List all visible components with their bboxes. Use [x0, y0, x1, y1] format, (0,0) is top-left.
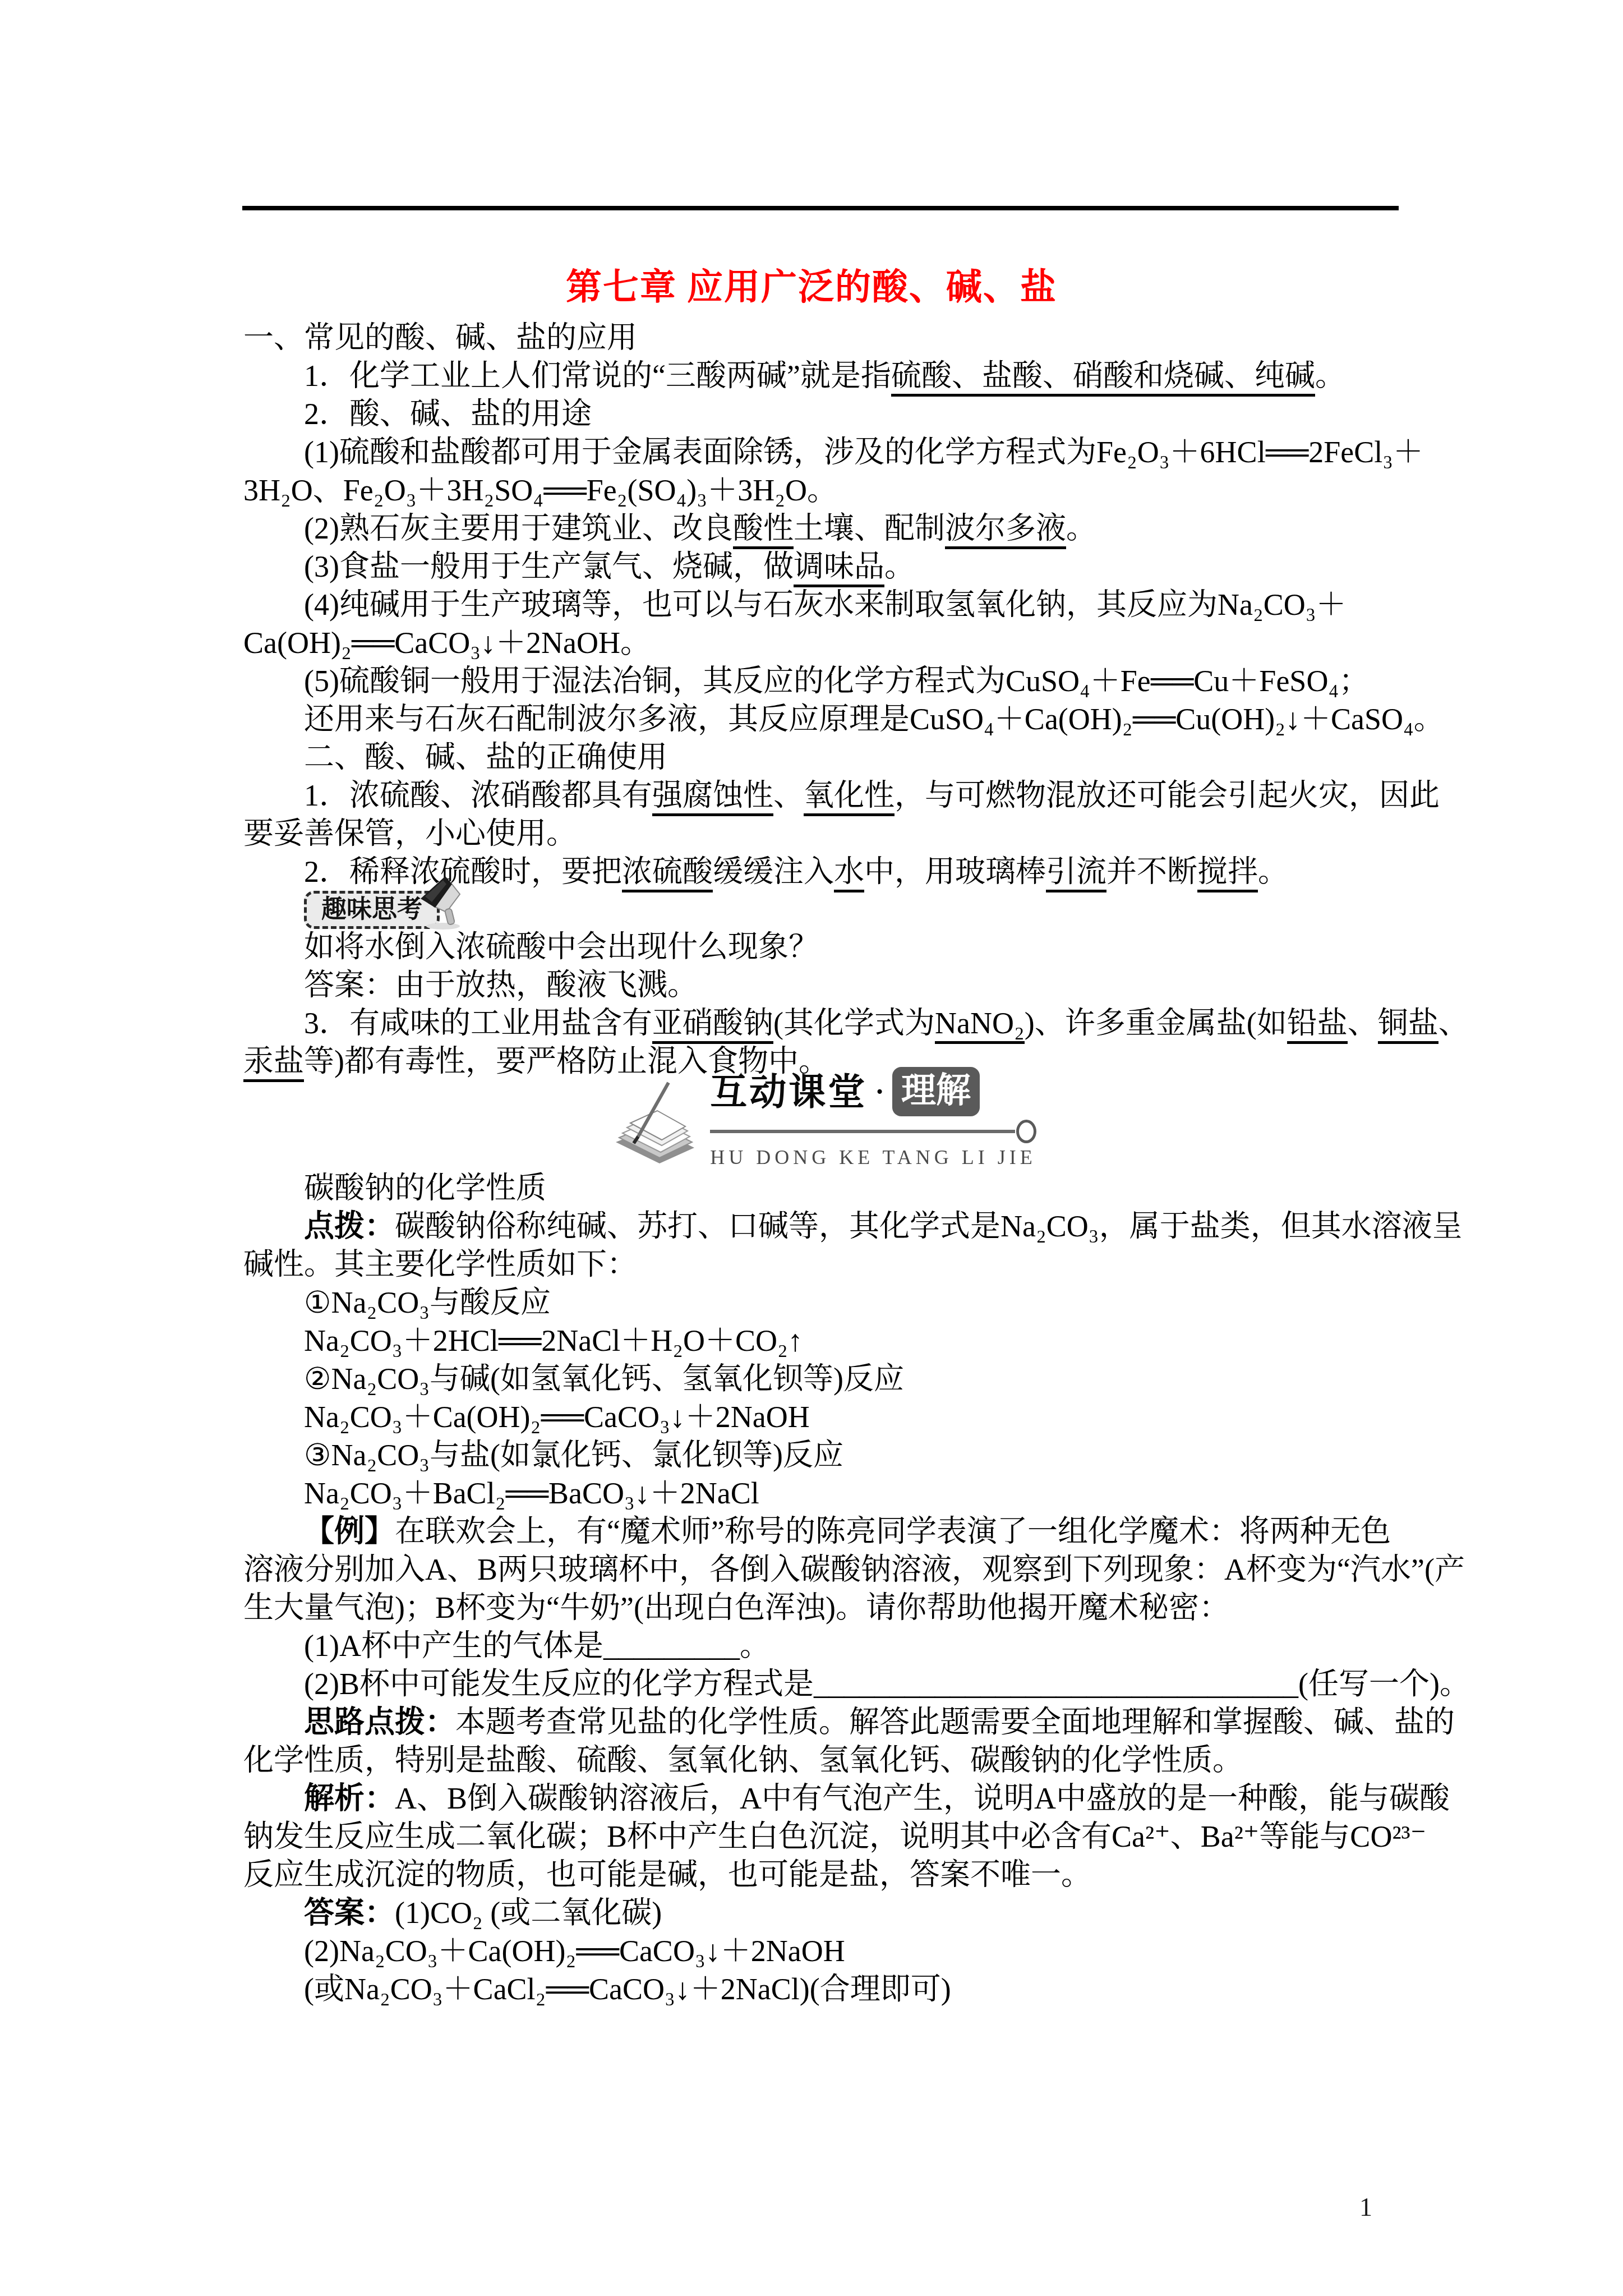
text-line: 【例】在联欢会上，有“魔术师”称号的陈亮同学表演了一组化学魔术：将两种无色	[243, 1512, 1399, 1550]
text-line: ②Na₂CO₃与碱(如氢氧化钙、氢氧化钡等)反应	[243, 1360, 1399, 1398]
text-segment: (其化学式为	[773, 1006, 935, 1040]
text-line: (2)熟石灰主要用于建筑业、改良酸性土壤、配制波尔多液。	[243, 509, 1399, 547]
logo-text-column: 互动课堂 · 理解 HU DONG KE TANG LI JIE	[710, 1067, 1036, 1169]
text-line: 1．化学工业上人们常说的“三酸两碱”就是指硫酸、盐酸、硝酸和烧碱、纯碱。	[243, 357, 1399, 395]
text-line: 反应生成沉淀的物质，也可能是碱，也可能是盐，答案不唯一。	[243, 1856, 1399, 1894]
text-segment: Na₂CO₃＋Ca(OH)₂══CaCO₃↓＋2NaOH	[304, 1400, 810, 1434]
text-segment: (2)熟石灰主要用于建筑业、改良	[304, 512, 733, 545]
text-segment: A、B倒入碳酸钠溶液后，A中有气泡产生，说明A中盛放的是一种酸，能与碳酸	[395, 1782, 1450, 1815]
underlined-text: 氧化性	[804, 779, 895, 816]
text-segment: 碳酸钠俗称纯碱、苏打、口碱等，其化学式是Na₂CO₃，属于盐类，但其水溶液呈	[395, 1209, 1463, 1243]
text-line: Na₂CO₃＋Ca(OH)₂══CaCO₃↓＋2NaOH	[243, 1398, 1399, 1436]
text-segment: 【例】	[304, 1515, 395, 1548]
text-segment: (3)食盐一般用于生产氯气、烧碱，做	[304, 550, 794, 583]
text-line: 还用来与石灰石配制波尔多液，其反应原理是CuSO₄＋Ca(OH)₂══Cu(OH…	[243, 700, 1399, 738]
text-segment: 中，用玻璃棒	[864, 855, 1046, 889]
text-segment: 3H₂O、Fe₂O₃＋3H₂SO₄══Fe₂(SO₄)₃＋3H₂O。	[243, 473, 837, 507]
text-segment: 2．酸、碱、盐的用途	[304, 397, 592, 431]
text-block-3: 碳酸钠的化学性质点拨：碳酸钠俗称纯碱、苏打、口碱等，其化学式是Na₂CO₃，属于…	[243, 1169, 1399, 2008]
text-segment: 本题考查常见盐的化学性质。解答此题需要全面地理解和掌握酸、碱、盐的	[455, 1705, 1455, 1739]
underlined-text: 酸性	[733, 512, 794, 549]
text-segment: 、	[1438, 1006, 1469, 1040]
text-segment: 要妥善保管，小心使用。	[243, 817, 577, 850]
text-segment: Na₂CO₃＋2HCl══2NaCl＋H₂O＋CO₂↑	[304, 1324, 803, 1358]
logo-rule-line	[710, 1130, 1015, 1133]
text-segment: 还用来与石灰石配制波尔多液，其反应原理是CuSO₄＋Ca(OH)₂══Cu(OH…	[304, 702, 1444, 736]
text-segment: 。	[1315, 359, 1345, 393]
text-line: 答案：(1)CO₂ (或二氧化碳)	[243, 1894, 1399, 1932]
text-line: 答案：由于放热，酸液飞溅。	[243, 966, 1399, 1004]
text-line: 碱性。其主要化学性质如下：	[243, 1245, 1399, 1283]
text-line: (2)B杯中可能发生反应的化学方程式是_____________________…	[243, 1665, 1399, 1703]
text-segment: 。	[1258, 855, 1288, 889]
text-segment: 土壤、配制	[794, 512, 945, 545]
text-segment: 生大量气泡)；B杯变为“牛奶”(出现白色浑浊)。请你帮助他揭开魔术秘密：	[243, 1591, 1229, 1625]
text-segment: 答案：	[304, 1896, 395, 1930]
text-line: ①Na₂CO₃与酸反应	[243, 1283, 1399, 1322]
underlined-text: 波尔多液	[945, 512, 1066, 549]
text-segment: (1)CO₂ (或二氧化碳)	[395, 1896, 662, 1930]
text-segment: 碱性。其主要化学性质如下：	[243, 1248, 637, 1281]
text-segment: 并不断	[1106, 855, 1197, 889]
logo-wrap: 互动课堂 · 理解 HU DONG KE TANG LI JIE	[606, 1067, 1036, 1169]
underlined-text: 调味品	[794, 550, 884, 587]
text-line: 生大量气泡)；B杯变为“牛奶”(出现白色浑浊)。请你帮助他揭开魔术秘密：	[243, 1589, 1399, 1627]
underlined-text: 铜盐	[1378, 1006, 1438, 1044]
underlined-text: 铅盐	[1287, 1006, 1348, 1044]
text-segment: )、许多重金属盐(如	[1025, 1006, 1287, 1040]
book-pen-icon	[606, 1082, 707, 1177]
text-line: (2)Na₂CO₃＋Ca(OH)₂══CaCO₃↓＋2NaOH	[243, 1932, 1399, 1970]
text-segment: Na₂CO₃＋BaCl₂══BaCO₃↓＋2NaCl	[304, 1476, 759, 1510]
body-content: 一、常见的酸、碱、盐的应用1．化学工业上人们常说的“三酸两碱”就是指硫酸、盐酸、…	[243, 319, 1399, 2008]
text-segment: 3．有咸味的工业用盐含有	[304, 1006, 652, 1040]
megaphone-icon	[417, 874, 465, 930]
document-page: 第七章 应用广泛的酸、碱、盐 一、常见的酸、碱、盐的应用1．化学工业上人们常说的…	[0, 0, 1623, 2296]
text-segment: 一、常见的酸、碱、盐的应用	[243, 321, 637, 355]
text-line: 1．浓硫酸、浓硝酸都具有强腐蚀性、氧化性，与可燃物混放还可能会引起火灾，因此	[243, 776, 1399, 815]
text-line: (4)纯碱用于生产玻璃等，也可以与石灰水来制取氢氧化钠，其反应为Na₂CO₃＋	[243, 586, 1399, 624]
underlined-text: 浓硫酸	[622, 855, 713, 892]
text-segment: 解析：	[304, 1782, 395, 1815]
text-segment: 如将水倒入浓硫酸中会出现什么现象？	[304, 930, 819, 964]
text-line: (1)硫酸和盐酸都可用于金属表面除锈，涉及的化学方程式为Fe₂O₃＋6HCl══…	[243, 433, 1399, 471]
text-segment: (任写一个)。	[1298, 1667, 1470, 1701]
text-line: (或Na₂CO₃＋CaCl₂══CaCO₃↓＋2NaCl)(合理即可)	[243, 1970, 1399, 2008]
text-segment: 。	[740, 1629, 770, 1663]
underlined-text: 引流	[1046, 855, 1106, 892]
page-number: 1	[1359, 2192, 1372, 2222]
underlined-text: 强腐蚀性	[652, 779, 773, 816]
text-segment: 缓缓注入	[713, 855, 834, 889]
text-line: 2．稀释浓硫酸时，要把浓硫酸缓缓注入水中，用玻璃棒引流并不断搅拌。	[243, 853, 1399, 891]
text-segment: (4)纯碱用于生产玻璃等，也可以与石灰水来制取氢氧化钠，其反应为Na₂CO₃＋	[304, 588, 1347, 622]
text-segment: 碳酸钠的化学性质	[304, 1171, 546, 1205]
text-block-2: 如将水倒入浓硫酸中会出现什么现象？答案：由于放热，酸液飞溅。3．有咸味的工业用盐…	[243, 928, 1399, 1080]
text-segment: (或Na₂CO₃＋CaCl₂══CaCO₃↓＋2NaCl)(合理即可)	[304, 1972, 951, 2006]
text-segment: 在联欢会上，有“魔术师”称号的陈亮同学表演了一组化学魔术：将两种无色	[395, 1515, 1391, 1548]
logo-separator-dot: ·	[867, 1075, 892, 1108]
text-segment: (1)A杯中产生的气体是	[304, 1629, 603, 1663]
text-line: Ca(OH)₂══CaCO₃↓＋2NaOH。	[243, 624, 1399, 662]
logo-pinyin-text: HU DONG KE TANG LI JIE	[710, 1145, 1036, 1169]
text-line: 3H₂O、Fe₂O₃＋3H₂SO₄══Fe₂(SO₄)₃＋3H₂O。	[243, 471, 1399, 509]
logo-main-text: 互动课堂	[710, 1069, 867, 1114]
text-segment: 二、酸、碱、盐的正确使用	[304, 740, 667, 774]
text-line: 2．酸、碱、盐的用途	[243, 395, 1399, 433]
logo-tag-badge: 理解	[892, 1067, 980, 1116]
text-block-1: 一、常见的酸、碱、盐的应用1．化学工业上人们常说的“三酸两碱”就是指硫酸、盐酸、…	[243, 319, 1399, 891]
text-segment: 答案：由于放热，酸液飞溅。	[304, 968, 698, 1002]
text-segment: ②Na₂CO₃与碱(如氢氧化钙、氢氧化钡等)反应	[304, 1362, 904, 1396]
text-segment: 思路点拨：	[304, 1705, 455, 1739]
text-line: 钠发生反应生成二氧化碳；B杯中产生白色沉淀，说明其中必含有Ca²⁺、Ba²⁺等能…	[243, 1818, 1399, 1856]
text-segment: (1)硫酸和盐酸都可用于金属表面除锈，涉及的化学方程式为Fe₂O₃＋6HCl══…	[304, 435, 1423, 469]
text-line: (1)A杯中产生的气体是_________。	[243, 1627, 1399, 1665]
text-segment: 。	[1066, 512, 1096, 545]
text-segment: (2)Na₂CO₃＋Ca(OH)₂══CaCO₃↓＋2NaOH	[304, 1934, 845, 1968]
text-line: 3．有咸味的工业用盐含有亚硝酸钠(其化学式为NaNO₂)、许多重金属盐(如铅盐、…	[243, 1004, 1399, 1042]
text-segment: 。	[884, 550, 915, 583]
logo-rule-circle	[1016, 1120, 1036, 1143]
text-line: 思路点拨：本题考查常见盐的化学性质。解答此题需要全面地理解和掌握酸、碱、盐的	[243, 1703, 1399, 1741]
text-segment: (5)硫酸铜一般用于湿法冶铜，其反应的化学方程式为CuSO₄＋Fe══Cu＋Fe…	[304, 664, 1369, 698]
underlined-text: 硫酸、盐酸、硝酸和烧碱、纯碱	[891, 359, 1315, 397]
text-line: 解析：A、B倒入碳酸钠溶液后，A中有气泡产生，说明A中盛放的是一种酸，能与碳酸	[243, 1779, 1399, 1818]
underlined-text: NaNO₂	[935, 1006, 1025, 1044]
underlined-text: 汞盐	[243, 1045, 304, 1082]
text-segment: 点拨：	[304, 1209, 395, 1243]
text-segment: ________________________________	[814, 1667, 1298, 1701]
text-segment: Ca(OH)₂══CaCO₃↓＋2NaOH。	[243, 626, 651, 660]
text-line: 如将水倒入浓硫酸中会出现什么现象？	[243, 928, 1399, 966]
underlined-text: 亚硝酸钠	[652, 1006, 773, 1044]
text-line: Na₂CO₃＋BaCl₂══BaCO₃↓＋2NaCl	[243, 1474, 1399, 1512]
text-segment: ③Na₂CO₃与盐(如氯化钙、氯化钡等)反应	[304, 1438, 843, 1472]
text-line: 二、酸、碱、盐的正确使用	[243, 738, 1399, 776]
text-line: 碳酸钠的化学性质	[243, 1169, 1399, 1207]
text-segment: _________	[603, 1629, 740, 1663]
header-rule	[242, 206, 1399, 210]
underlined-text: 水	[834, 855, 864, 892]
text-line: (5)硫酸铜一般用于湿法冶铜，其反应的化学方程式为CuSO₄＋Fe══Cu＋Fe…	[243, 662, 1399, 700]
text-line: Na₂CO₃＋2HCl══2NaCl＋H₂O＋CO₂↑	[243, 1322, 1399, 1360]
text-line: 点拨：碳酸钠俗称纯碱、苏打、口碱等，其化学式是Na₂CO₃，属于盐类，但其水溶液…	[243, 1207, 1399, 1245]
text-line: 一、常见的酸、碱、盐的应用	[243, 319, 1399, 357]
text-segment: 1．浓硫酸、浓硝酸都具有	[304, 779, 652, 812]
text-segment: 溶液分别加入A、B两只玻璃杯中，各倒入碳酸钠溶液，观察到下列现象：A杯变为“汽水…	[243, 1553, 1465, 1586]
fun-thinking-badge-row: 趣味思考	[304, 891, 1399, 928]
interactive-class-logo: 互动课堂 · 理解 HU DONG KE TANG LI JIE	[243, 1080, 1399, 1169]
text-segment: 化学性质，特别是盐酸、硫酸、氢氧化钠、氢氧化钙、碳酸钠的化学性质。	[243, 1743, 1243, 1777]
text-line: 化学性质，特别是盐酸、硫酸、氢氧化钠、氢氧化钙、碳酸钠的化学性质。	[243, 1741, 1399, 1779]
page-title: 第七章 应用广泛的酸、碱、盐	[0, 264, 1623, 311]
text-line: ③Na₂CO₃与盐(如氯化钙、氯化钡等)反应	[243, 1436, 1399, 1474]
text-line: 溶液分别加入A、B两只玻璃杯中，各倒入碳酸钠溶液，观察到下列现象：A杯变为“汽水…	[243, 1550, 1399, 1589]
text-line: (3)食盐一般用于生产氯气、烧碱，做调味品。	[243, 547, 1399, 586]
text-segment: (2)B杯中可能发生反应的化学方程式是	[304, 1667, 814, 1701]
underlined-text: 搅拌	[1197, 855, 1258, 892]
logo-rule-row	[710, 1120, 1036, 1143]
text-segment: 、	[773, 779, 804, 812]
logo-title-row: 互动课堂 · 理解	[710, 1067, 1036, 1116]
text-segment: 、	[1348, 1006, 1378, 1040]
text-segment: ，与可燃物混放还可能会引起火灾，因此	[895, 779, 1440, 812]
text-segment: 1．化学工业上人们常说的“三酸两碱”就是指	[304, 359, 891, 393]
text-line: 要妥善保管，小心使用。	[243, 815, 1399, 853]
text-segment: 钠发生反应生成二氧化碳；B杯中产生白色沉淀，说明其中必含有Ca²⁺、Ba²⁺等能…	[243, 1820, 1426, 1853]
text-segment: 反应生成沉淀的物质，也可能是碱，也可能是盐，答案不唯一。	[243, 1858, 1091, 1892]
text-segment: ①Na₂CO₃与酸反应	[304, 1286, 551, 1319]
